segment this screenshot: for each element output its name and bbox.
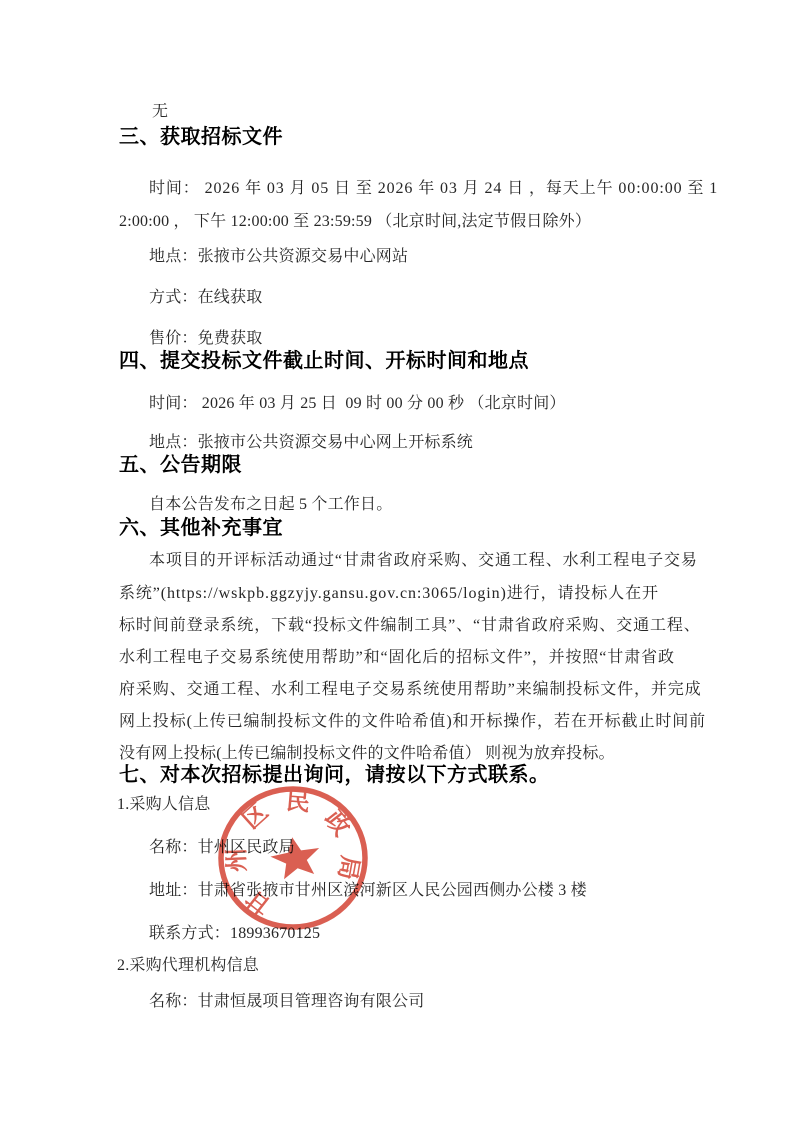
- section-heading-5: 五、公告期限: [119, 455, 242, 475]
- obtain-price-line: 售价：免费获取: [149, 331, 262, 347]
- supplement-line-4: 水利工程电子交易系统使用帮助”和“固化后的招标文件”，并按照“甘肃省政: [119, 650, 675, 666]
- deadline-place-line: 地点：张掖市公共资源交易中心网上开标系统: [149, 435, 473, 451]
- seal-character: 局: [333, 854, 364, 882]
- seal-character: 区: [238, 798, 274, 834]
- none-line: 无: [152, 104, 168, 120]
- supplement-line-3: 标时间前登录系统，下载“投标文件编制工具”、“甘肃省政府采购、交通工程、: [119, 618, 701, 634]
- purchaser-info-title: 1.采购人信息: [117, 797, 210, 813]
- section-heading-6: 六、其他补充事宜: [119, 518, 283, 538]
- purchaser-address-line: 地址：甘肃省张掖市甘州区滨河新区人民公园西侧办公楼 3 楼: [149, 883, 587, 899]
- section-heading-3: 三、获取招标文件: [119, 127, 283, 147]
- supplement-line-7: 没有网上投标(上传已编制投标文件的文件哈希值） 则视为放弃投标。: [119, 746, 615, 762]
- seal-circle: [221, 789, 365, 927]
- agency-name-line: 名称：甘肃恒晟项目管理咨询有限公司: [149, 994, 424, 1010]
- deadline-time-line: 时间： 2026 年 03 月 25 日 09 时 00 分 00 秒 （北京时…: [149, 396, 566, 412]
- seal-graphic: 甘州区民政局: [212, 782, 378, 936]
- obtain-method-line: 方式：在线获取: [149, 290, 262, 306]
- seal-character: 民: [285, 788, 311, 817]
- agency-info-title: 2.采购代理机构信息: [117, 958, 259, 974]
- obtain-time-line-1: 时间： 2026 年 03 月 05 日 至 2026 年 03 月 24 日 …: [149, 181, 718, 197]
- document-page: 无三、获取招标文件时间： 2026 年 03 月 05 日 至 2026 年 0…: [0, 0, 793, 1122]
- purchaser-contact-line: 联系方式：18993670125: [149, 926, 320, 942]
- obtain-time-line-2: 2:00:00 ， 下午 12:00:00 至 23:59:59 （北京时间,法…: [119, 214, 591, 230]
- supplement-line-5: 府采购、交通工程、水利工程电子交易系统使用帮助”来编制投标文件，并完成: [119, 682, 702, 698]
- purchaser-name-line: 名称：甘州区民政局: [149, 840, 295, 856]
- section-heading-4: 四、提交投标文件截止时间、开标时间和地点: [119, 351, 529, 371]
- seal-character: 政: [319, 806, 355, 842]
- supplement-line-6: 网上投标(上传已编制投标文件的文件哈希值)和开标操作，若在开标截止时间前: [119, 714, 706, 730]
- section-heading-7: 七、对本次招标提出询问，请按以下方式联系。: [119, 765, 550, 785]
- supplement-line-1: 本项目的开评标活动通过“甘肃省政府采购、交通工程、水利工程电子交易: [149, 553, 698, 569]
- obtain-place-line: 地点：张掖市公共资源交易中心网站: [149, 249, 408, 265]
- supplement-line-2: 系统”(https://wskpb.ggzyjy.gansu.gov.cn:30…: [119, 586, 659, 602]
- announcement-period: 自本公告发布之日起 5 个工作日。: [149, 497, 392, 513]
- official-seal-stamp: 甘州区民政局: [212, 782, 378, 941]
